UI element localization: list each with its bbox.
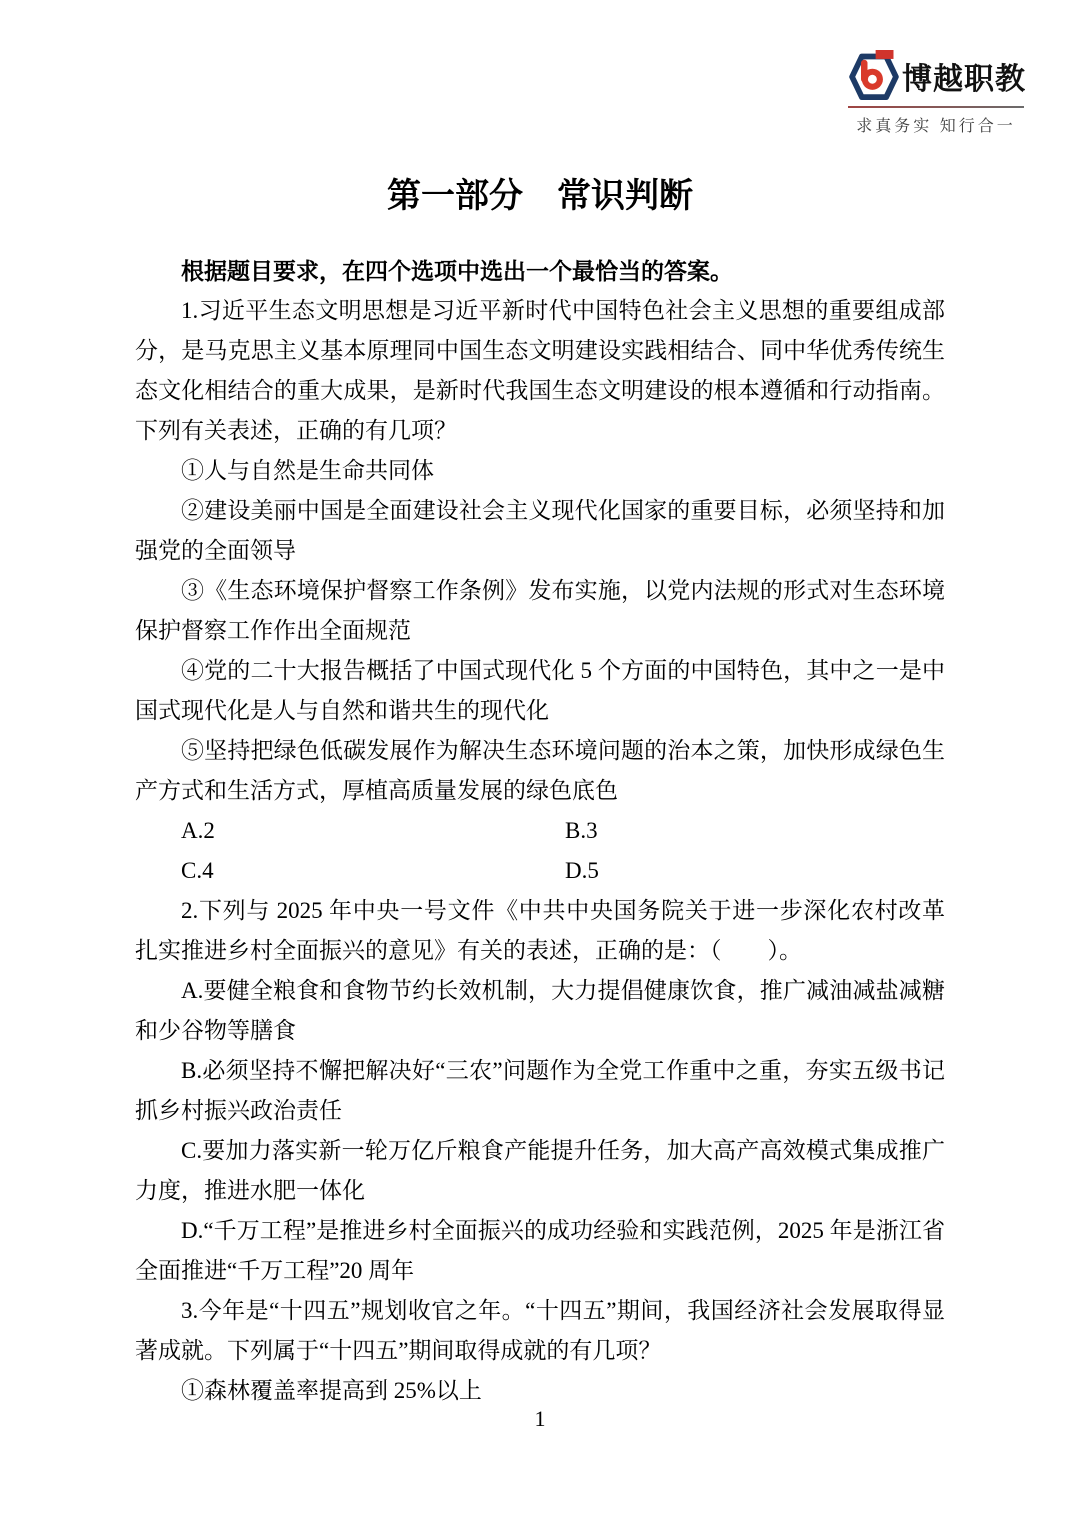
question-1-option-c: C.4 <box>135 851 565 891</box>
question-1-option-a: A.2 <box>135 811 565 851</box>
question-1-options-row-1: A.2 B.3 <box>135 811 945 851</box>
question-1-stem: 1.习近平生态文明思想是习近平新时代中国特色社会主义思想的重要组成部分，是马克思… <box>135 291 945 451</box>
question-1-item-4: ④党的二十大报告概括了中国式现代化 5 个方面的中国特色，其中之一是中国式现代化… <box>135 651 945 731</box>
question-2-stem: 2.下列与 2025 年中央一号文件《中共中央国务院关于进一步深化农村改革扎实推… <box>135 891 945 971</box>
brand-b-hexagon-icon <box>848 48 900 104</box>
logo-badge <box>876 50 894 59</box>
brand-name: 博越职教 <box>902 54 1026 98</box>
question-1-item-1: ①人与自然是生命共同体 <box>135 451 945 491</box>
question-1-options-row-2: C.4 D.5 <box>135 851 945 891</box>
question-3-item-1: ①森林覆盖率提高到 25%以上 <box>135 1371 945 1411</box>
question-2-option-a: A.要健全粮食和食物节约长效机制，大力提倡健康饮食，推广减油减盐减糖和少谷物等膳… <box>135 971 945 1051</box>
instruction-text: 根据题目要求，在四个选项中选出一个最恰当的答案。 <box>135 251 945 291</box>
section-title: 第一部分 常识判断 <box>135 168 945 217</box>
page-number: 1 <box>0 1406 1080 1432</box>
question-1-item-5: ⑤坚持把绿色低碳发展作为解决生态环境问题的治本之策，加快形成绿色生产方式和生活方… <box>135 731 945 811</box>
question-1-item-3: ③《生态环境保护督察工作条例》发布实施，以党内法规的形式对生态环境保护督察工作作… <box>135 571 945 651</box>
question-2-option-d: D.“千万工程”是推进乡村全面振兴的成功经验和实践范例，2025 年是浙江省全面… <box>135 1211 945 1291</box>
document-page: 博越职教 求真务实 知行合一 第一部分 常识判断 根据题目要求，在四个选项中选出… <box>0 0 1080 1526</box>
logo-divider <box>848 106 1024 108</box>
question-1-option-b: B.3 <box>565 811 945 851</box>
question-3-stem: 3.今年是“十四五”规划收官之年。“十四五”期间，我国经济社会发展取得显著成就。… <box>135 1291 945 1371</box>
document-content: 第一部分 常识判断 根据题目要求，在四个选项中选出一个最恰当的答案。 1.习近平… <box>0 0 1080 1411</box>
brand-logo: 博越职教 求真务实 知行合一 <box>848 48 1024 136</box>
brand-tagline: 求真务实 知行合一 <box>848 113 1024 136</box>
question-2-option-b: B.必须坚持不懈把解决好“三农”问题作为全党工作重中之重，夯实五级书记抓乡村振兴… <box>135 1051 945 1131</box>
question-1-item-2: ②建设美丽中国是全面建设社会主义现代化国家的重要目标，必须坚持和加强党的全面领导 <box>135 491 945 571</box>
brand-logo-row: 博越职教 <box>848 48 1024 104</box>
question-2-option-c: C.要加力落实新一轮万亿斤粮食产能提升任务，加大高产高效模式集成推广力度，推进水… <box>135 1131 945 1211</box>
question-1-option-d: D.5 <box>565 851 945 891</box>
